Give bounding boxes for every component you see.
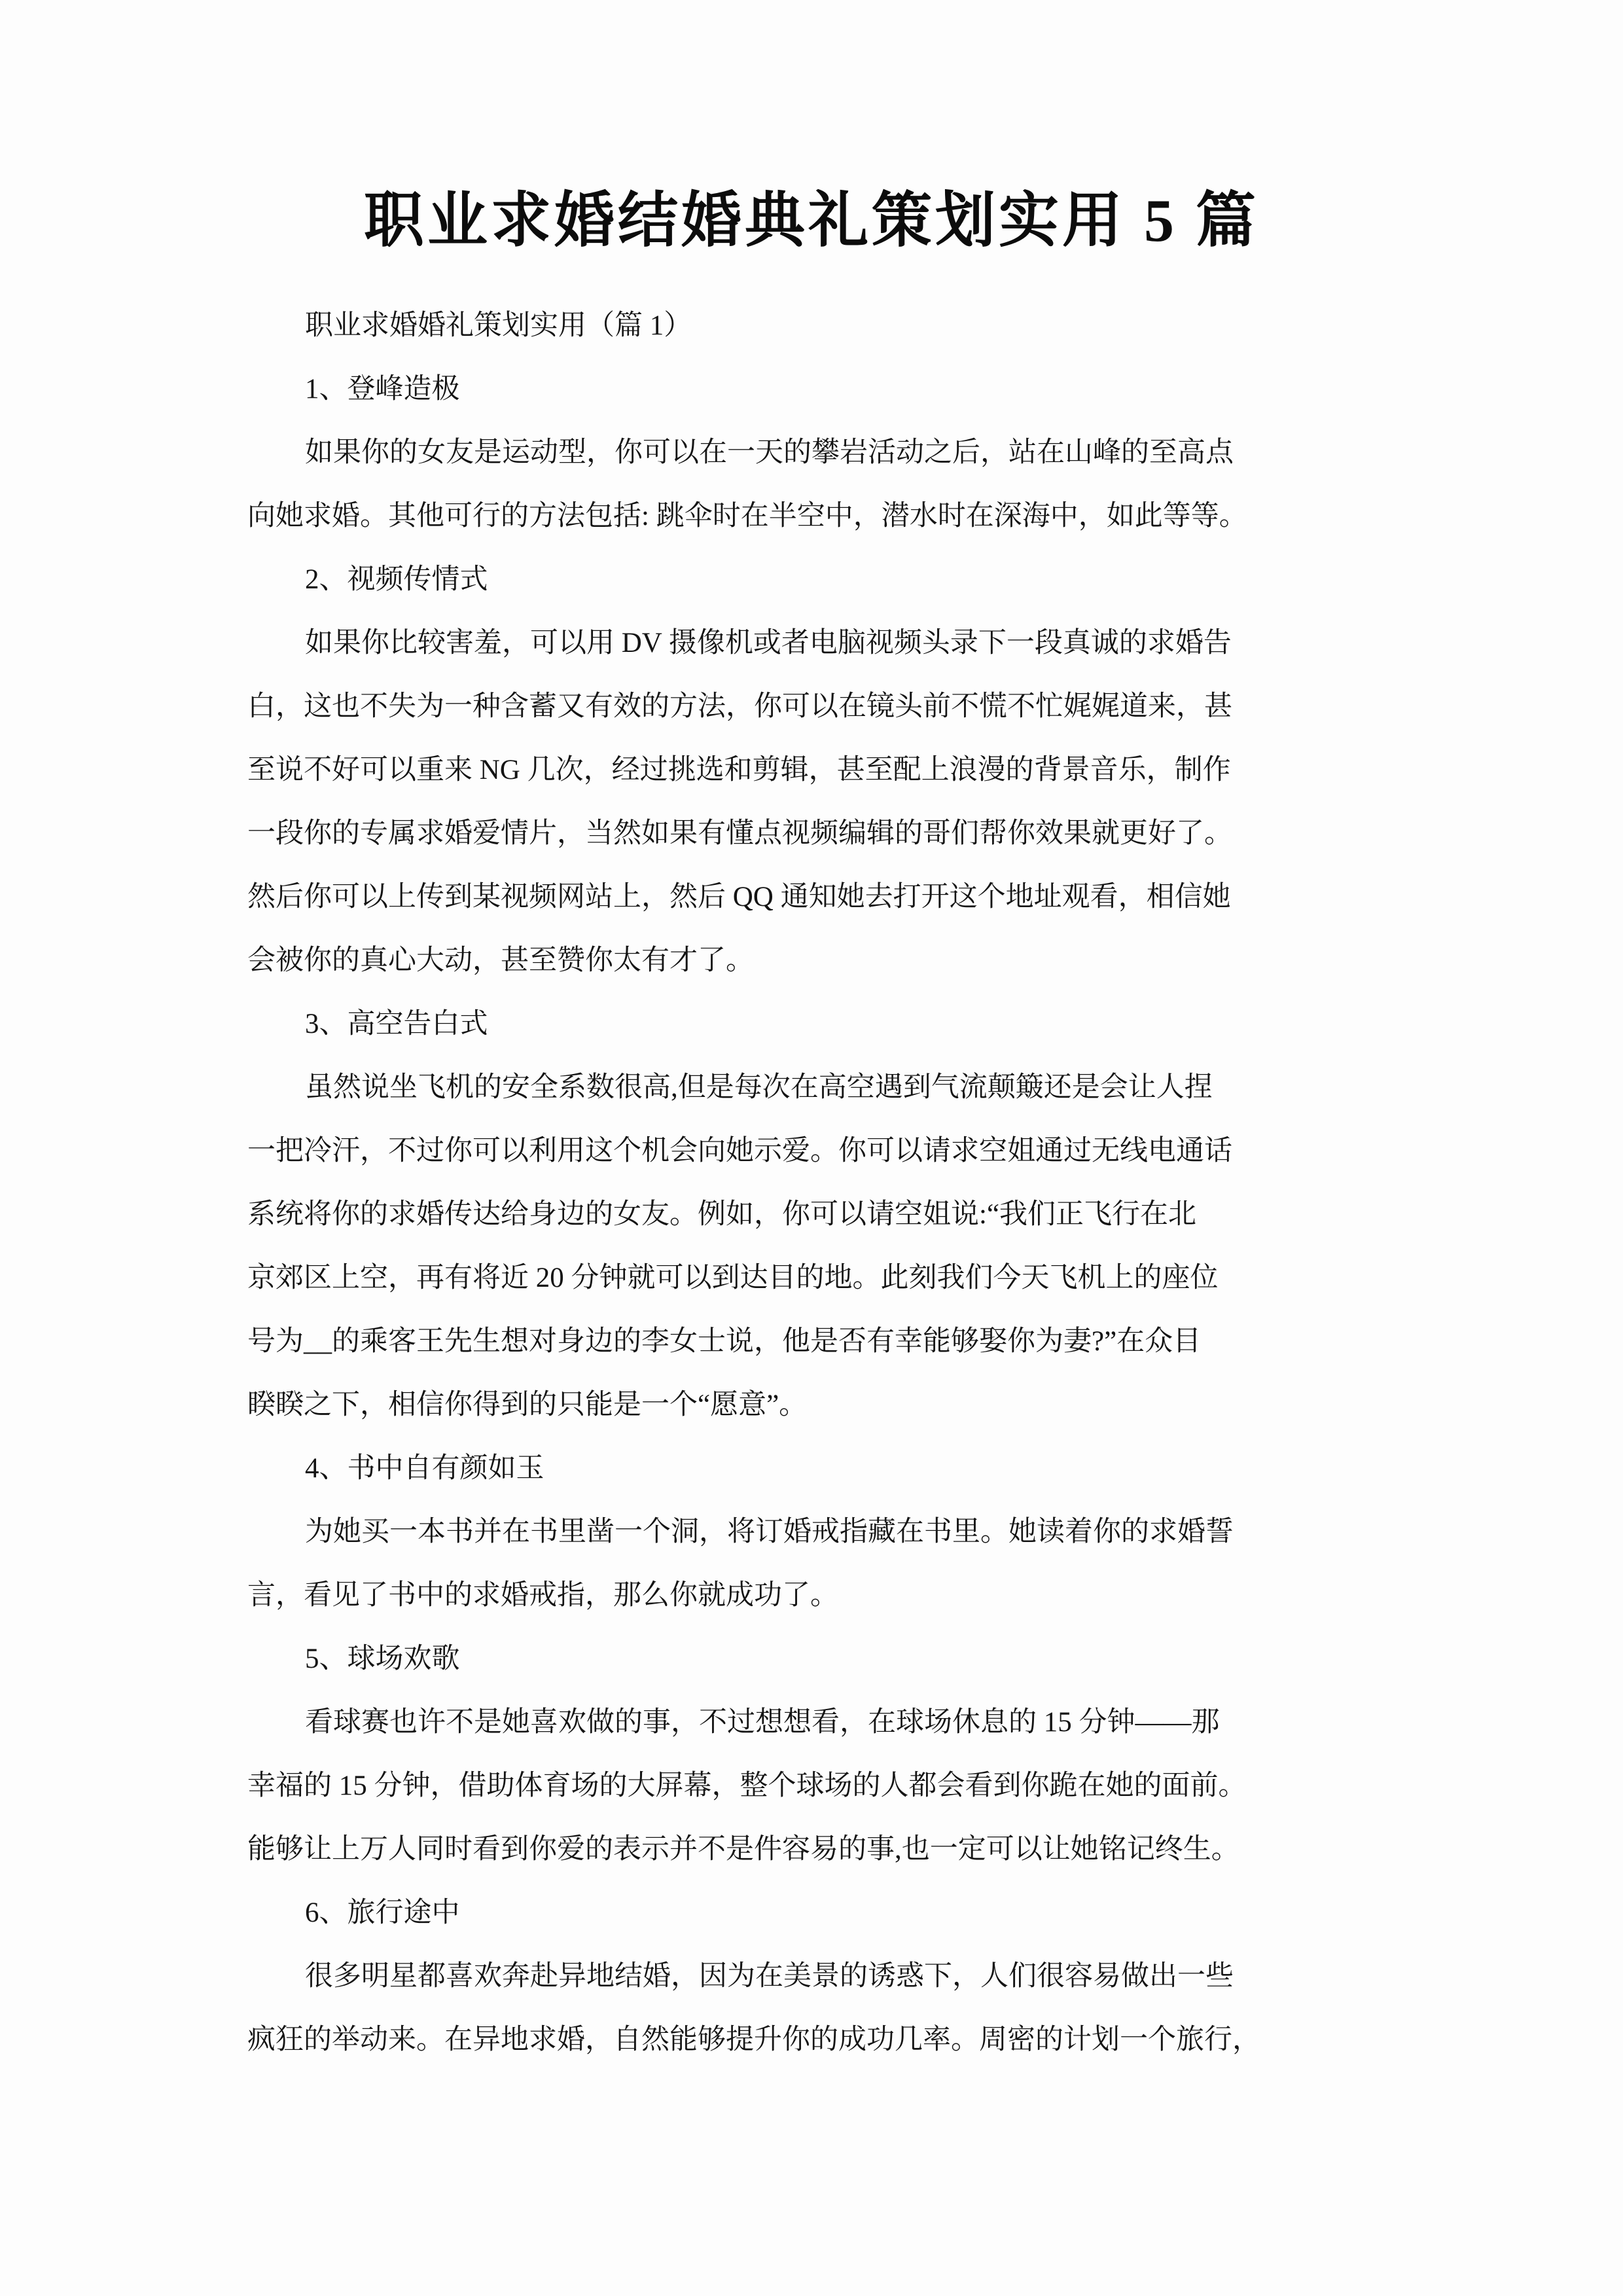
paragraph-line: 会被你的真心大动，甚至赞你太有才了。	[247, 929, 1380, 992]
section-heading: 4、书中自有颜如玉	[247, 1437, 1380, 1500]
section-heading: 2、视频传情式	[247, 548, 1380, 611]
paragraph-line: 号为__的乘客王先生想对身边的李女士说，他是否有幸能够娶你为妻?”在众目	[247, 1310, 1380, 1373]
paragraph-line: 至说不好可以重来 NG 几次，经过挑选和剪辑，甚至配上浪漫的背景音乐，制作	[247, 738, 1380, 802]
paragraph-line: 睽睽之下，相信你得到的只能是一个“愿意”。	[247, 1373, 1380, 1437]
paragraph-line: 为她买一本书并在书里凿一个洞，将订婚戒指藏在书里。她读着你的求婚誓	[247, 1500, 1380, 1564]
paragraph-line: 疯狂的举动来。在异地求婚，自然能够提升你的成功几率。周密的计划一个旅行，	[247, 2008, 1380, 2072]
paragraph-line: 白，这也不失为一种含蓄又有效的方法，你可以在镜头前不慌不忙娓娓道来，甚	[247, 675, 1380, 738]
paragraph-line: 能够让上万人同时看到你爱的表示并不是件容易的事,也一定可以让她铭记终生。	[247, 1818, 1380, 1881]
section-heading: 5、球场欢歌	[247, 1627, 1380, 1691]
paragraph-line: 一把冷汗，不过你可以利用这个机会向她示爱。你可以请求空姐通过无线电通话	[247, 1119, 1380, 1183]
paragraph-line: 一段你的专属求婚爱情片，当然如果有懂点视频编辑的哥们帮你效果就更好了。	[247, 802, 1380, 865]
section-heading: 6、旅行途中	[247, 1881, 1380, 1945]
document-page: 职业求婚结婚典礼策划实用 5 篇 职业求婚婚礼策划实用（篇 1）1、登峰造极如果…	[0, 0, 1623, 2296]
paragraph-line: 言，看见了书中的求婚戒指，那么你就成功了。	[247, 1564, 1380, 1627]
paragraph-line: 向她求婚。其他可行的方法包括: 跳伞时在半空中，潜水时在深海中，如此等等。	[247, 484, 1380, 548]
paragraph-line: 如果你的女友是运动型，你可以在一天的攀岩活动之后，站在山峰的至高点	[247, 421, 1380, 484]
document-title: 职业求婚结婚典礼策划实用 5 篇	[0, 183, 1623, 259]
document-content: 职业求婚婚礼策划实用（篇 1）1、登峰造极如果你的女友是运动型，你可以在一天的攀…	[247, 294, 1380, 2072]
paragraph-line: 京郊区上空，再有将近 20 分钟就可以到达目的地。此刻我们今天飞机上的座位	[247, 1246, 1380, 1310]
paragraph-line: 看球赛也许不是她喜欢做的事，不过想想看，在球场休息的 15 分钟——那	[247, 1691, 1380, 1754]
paragraph-line: 如果你比较害羞，可以用 DV 摄像机或者电脑视频头录下一段真诚的求婚告	[247, 611, 1380, 675]
paragraph-line: 虽然说坐飞机的安全系数很高,但是每次在高空遇到气流颠簸还是会让人捏	[247, 1056, 1380, 1119]
paragraph-line: 系统将你的求婚传达给身边的女友。例如，你可以请空姐说:“我们正飞行在北	[247, 1183, 1380, 1246]
document-subtitle: 职业求婚婚礼策划实用（篇 1）	[247, 294, 1380, 357]
paragraph-line: 然后你可以上传到某视频网站上，然后 QQ 通知她去打开这个地址观看，相信她	[247, 865, 1380, 929]
section-heading: 1、登峰造极	[247, 357, 1380, 421]
paragraph-line: 很多明星都喜欢奔赴异地结婚，因为在美景的诱惑下，人们很容易做出一些	[247, 1945, 1380, 2008]
section-heading: 3、高空告白式	[247, 992, 1380, 1056]
paragraph-line: 幸福的 15 分钟，借助体育场的大屏幕，整个球场的人都会看到你跪在她的面前。	[247, 1754, 1380, 1818]
